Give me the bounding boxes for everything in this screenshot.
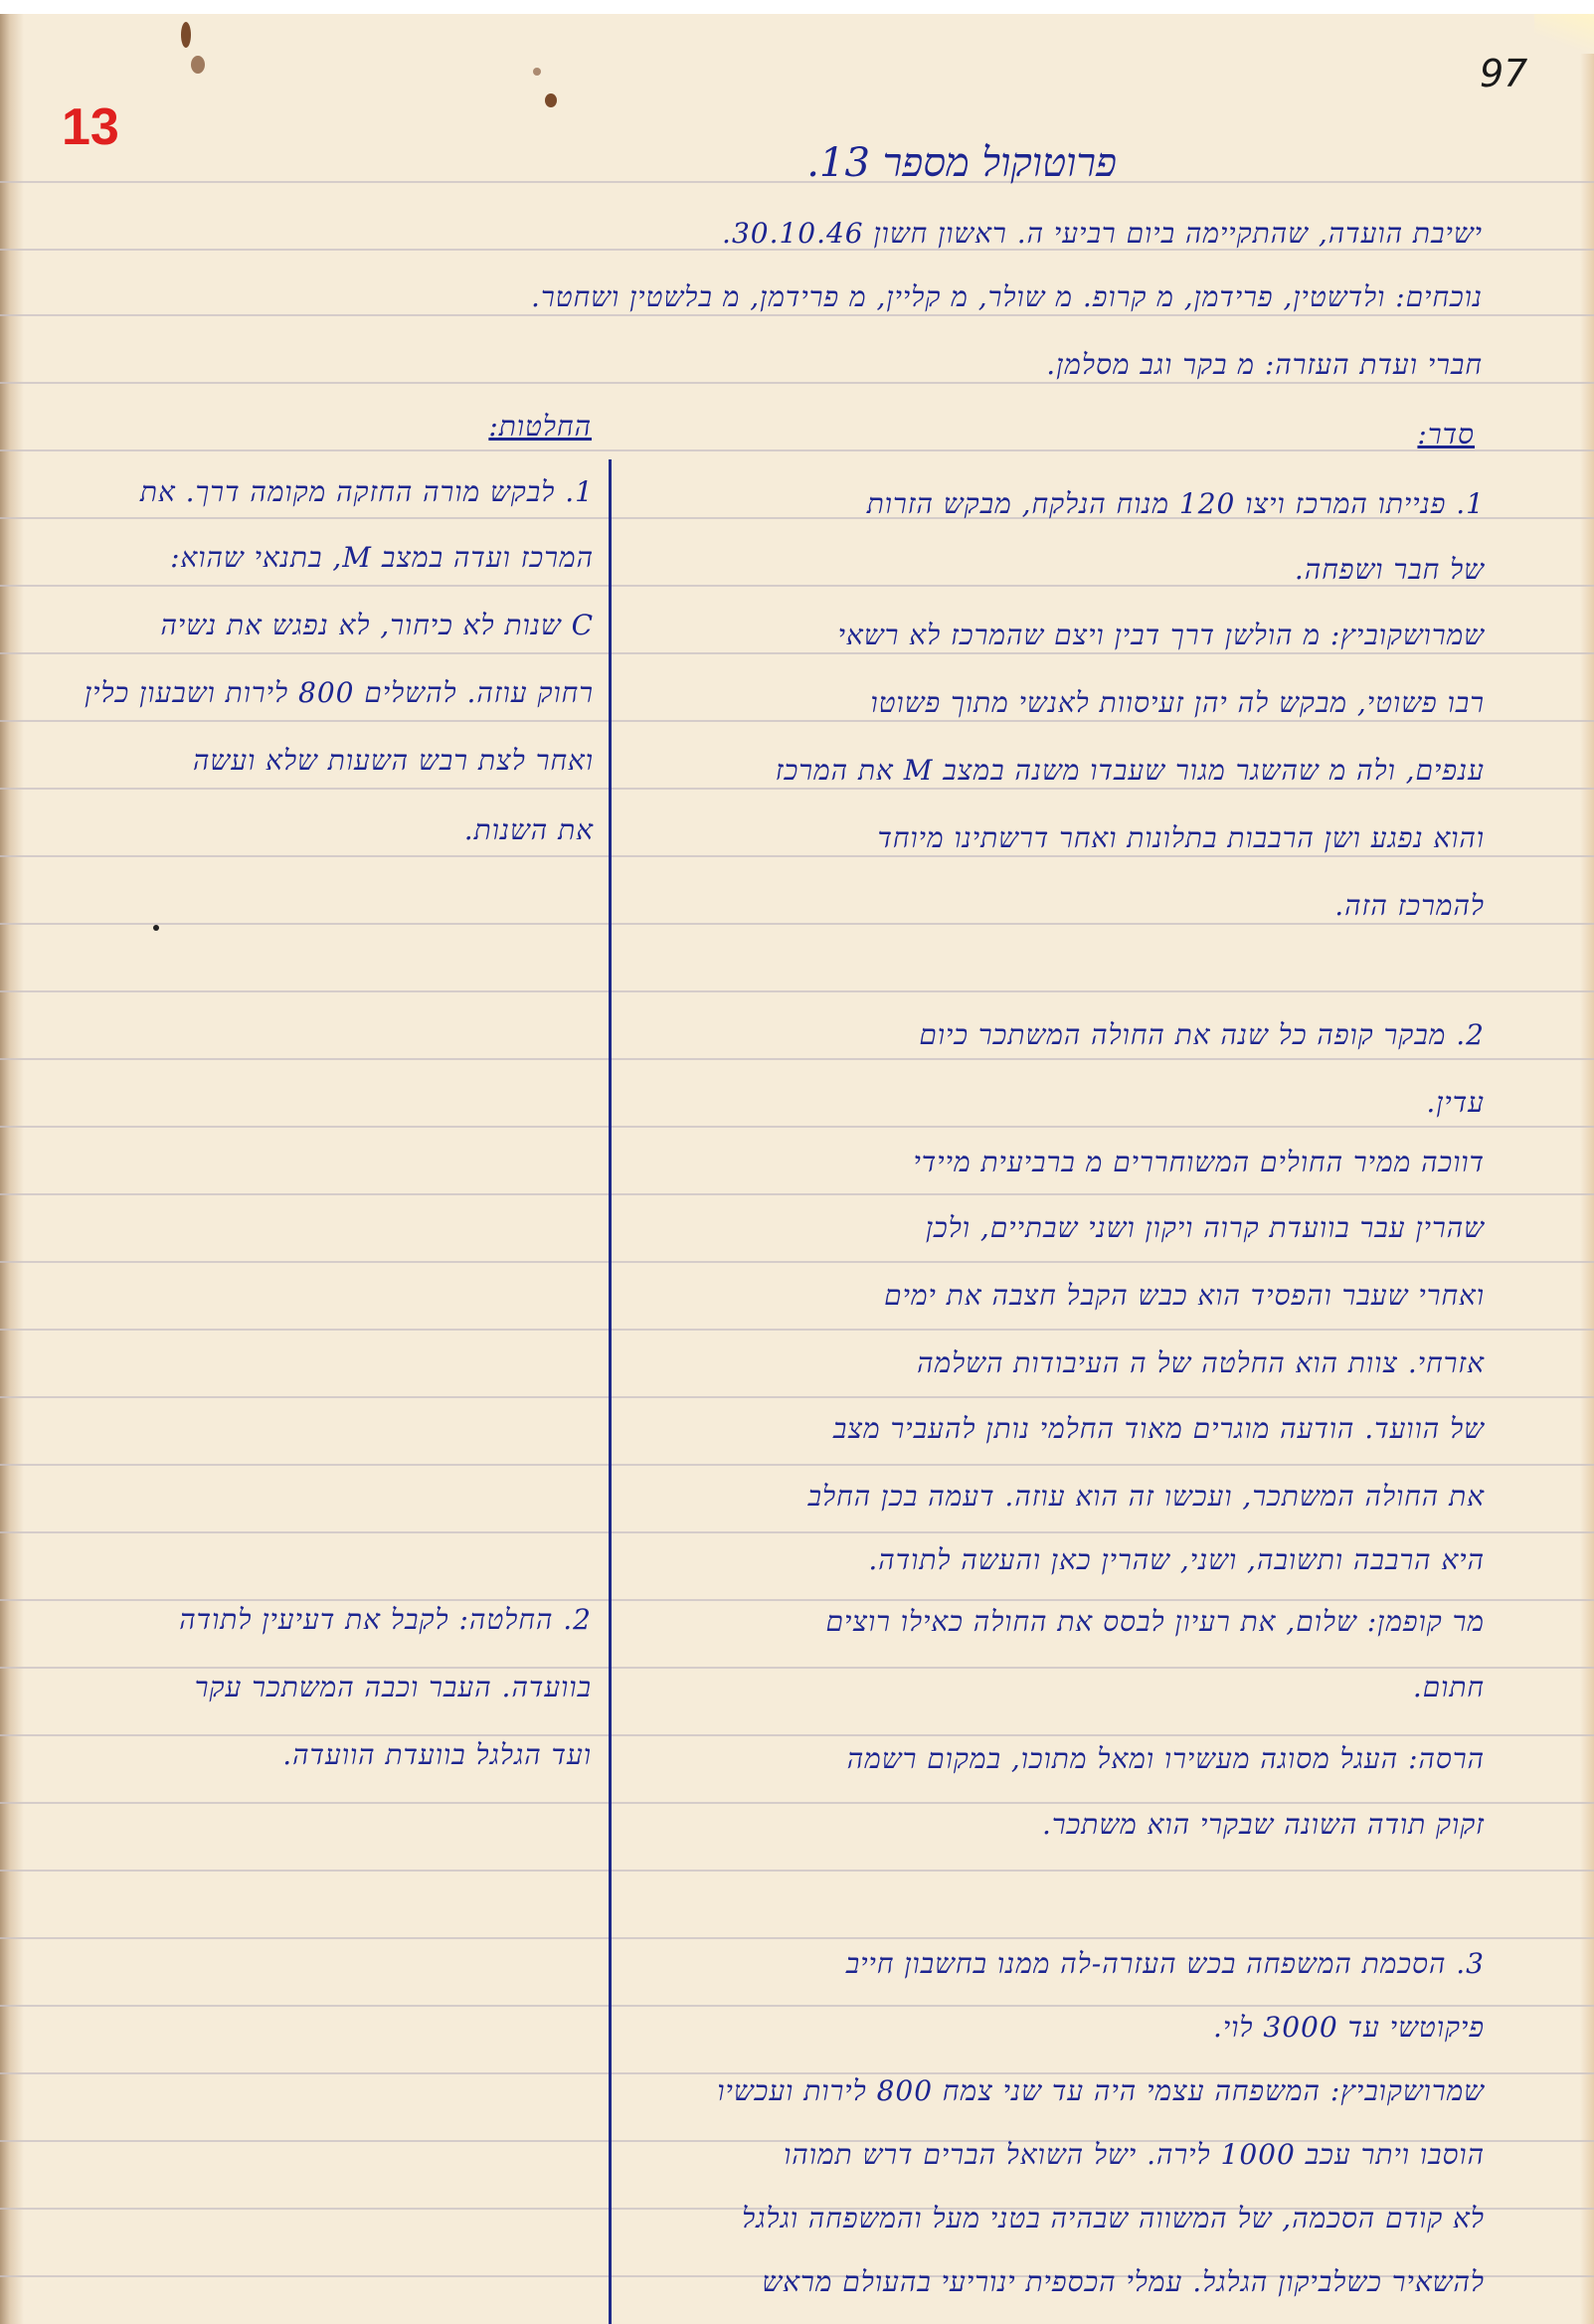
ruled-line xyxy=(0,788,1594,790)
ruled-line xyxy=(0,1531,1594,1533)
decision-1-line: 1. לבקש מורה החזקה מקומה דרך. את xyxy=(140,475,594,509)
ruled-line xyxy=(0,1734,1594,1736)
ruled-line xyxy=(0,1261,1594,1263)
ruled-line xyxy=(0,720,1594,722)
item-2-line: מר קופמן: שלום, את רעיון לבסס את החולה כ… xyxy=(826,1605,1486,1639)
item-1-line: להמרכז הזה. xyxy=(1334,889,1485,923)
archive-number: 13 xyxy=(62,97,119,157)
ruled-line xyxy=(0,1058,1594,1060)
ruled-line xyxy=(0,1599,1594,1601)
item-2-line: אזרחי. צוות הוא החלטה של ה העיבודות השלמ… xyxy=(917,1346,1485,1380)
item-1-line: ענפים, ולה מ שהשגר מגור שעבדו משנה במצב … xyxy=(776,754,1485,788)
item-1-line: 1. פנייתו המרכז ויצו 120 מנוח הנלקח, מבק… xyxy=(867,487,1485,521)
item-2-line: היא הרבבה ותשובה, ושני, שהרין כאן והעשה … xyxy=(868,1543,1485,1577)
item-2-line: 2. מבקר קופה כל שנה את החולה המשתכר כיום xyxy=(919,1018,1485,1052)
decision-1-line: את השנות. xyxy=(464,813,594,847)
item-2-line: ואחרי שעבר והפסיד הוא כבש הקבל חצבה את י… xyxy=(884,1279,1485,1313)
ruled-line xyxy=(0,1802,1594,1804)
item-3-line: להשאיר כשלביקון הגלגל. עמלי הכספית ינורי… xyxy=(762,2265,1485,2299)
item-3-line: שמרושקוביץ: המשפחה עצמי היה עד שני צמח 8… xyxy=(717,2074,1485,2108)
ruled-line xyxy=(0,449,1594,451)
item-1-line: והוא נפגע ושן הרבבות בתלונות ואחר דרשתינ… xyxy=(877,821,1485,855)
ruled-line xyxy=(0,1193,1594,1195)
ruled-line xyxy=(0,855,1594,857)
meeting-line: ישיבת הועדה, שהתקיימה ביום רביעי ה. ראשו… xyxy=(722,217,1483,251)
ruled-line xyxy=(0,382,1594,384)
item-2-line: הרסה: העגל מסוגה מעשירו ומאל מתוכו, במקו… xyxy=(847,1742,1485,1776)
ink-stain xyxy=(533,68,541,76)
column-divider xyxy=(609,459,612,2324)
ruled-line xyxy=(0,314,1594,316)
item-2-line: של הוועד. הודעה מוגרים מאוד החלמי נותן ל… xyxy=(833,1412,1485,1446)
decision-1-line: המרכז ועדה במצב M, בתנאי שהוא: xyxy=(170,541,594,575)
ruled-line xyxy=(0,1126,1594,1128)
item-3-line: לא קודם הסכמה, של המשווה שבהיה בטני מעל … xyxy=(742,2202,1485,2235)
item-2-line: זקוק תודה השונה שבקרי הוא משתכר. xyxy=(1042,1808,1485,1842)
page-number: 97 xyxy=(1480,52,1527,95)
item-3-line: 3. הסכמת המשפחה בכש העזרה-לה ממנו בחשבון… xyxy=(846,1947,1485,1981)
committee-line: חברי ועדת העזרה: מ בקר וגב מסלמן. xyxy=(1046,348,1483,382)
item-3-line: פיקוטשי עד 3000 לוי. xyxy=(1213,2011,1485,2045)
decision-1-line: רחוק עוזה. להשלים 800 לירות ושבעון כלין xyxy=(85,676,594,710)
ink-stain xyxy=(181,22,191,48)
item-1-line: שמרושקוביץ: מ הולשן דרך דבין ויצם שהמרכז… xyxy=(838,619,1485,652)
ruled-line xyxy=(0,1937,1594,1939)
ruled-line xyxy=(0,1667,1594,1669)
decisions-heading: החלטות: xyxy=(488,410,592,444)
decision-2-line: בוועדה. העבר וכבה המשתכר עקר xyxy=(195,1671,592,1704)
ruled-line xyxy=(0,1329,1594,1331)
ink-stain xyxy=(191,56,205,74)
item-1-line: רבו פשוטי, מבקש לה יהן זעיסוות לאנשי מתו… xyxy=(870,686,1485,720)
ruled-line xyxy=(0,1870,1594,1872)
ruled-line xyxy=(0,923,1594,925)
protocol-title: פרוטוקול מספר 13. xyxy=(806,139,1117,186)
item-1-line: של חבר ושפחה. xyxy=(1295,553,1485,587)
ruled-line xyxy=(0,2005,1594,2007)
ruled-line xyxy=(0,1464,1594,1466)
attendees-line: נוכחים: ולדשטין, פרידמן, מ קרופ. מ שולר,… xyxy=(531,280,1483,314)
agenda-heading: סדר: xyxy=(1417,418,1475,451)
ruled-line xyxy=(0,652,1594,654)
ruled-line xyxy=(0,1396,1594,1398)
item-2-line: חתום. xyxy=(1413,1671,1485,1704)
item-3-line: הוסבו ויתר עכב 1000 לירה. ישל השואל הברי… xyxy=(784,2138,1485,2172)
ink-stain xyxy=(545,93,557,107)
folded-corner xyxy=(1534,14,1594,54)
decision-1-line: C שנות לא כיחור, לא נפגש את נשיה xyxy=(160,609,594,642)
ruled-line xyxy=(0,990,1594,992)
decision-2-line: 2. החלטה: לקבל את דעיעין לתודה xyxy=(179,1603,592,1637)
ruled-line xyxy=(0,181,1594,183)
decision-1-line: ואחר לצת רבש השעות שלא ועשה xyxy=(193,744,594,778)
decision-2-line: ועד הגלגל בוועדת הוועדה. xyxy=(282,1738,592,1772)
item-2-line: את החולה המשתכר, ועכשו זה הוא עוזה. דעמה… xyxy=(808,1480,1485,1514)
item-2-line: עדין. xyxy=(1426,1086,1485,1120)
item-2-line: שהרין עבר בוועדת קרוה ויקון ושני שבתיים,… xyxy=(926,1211,1485,1245)
item-2-line: דווכה ממיר החולים המשוחררים מ ברביעית מי… xyxy=(913,1146,1485,1179)
ink-dot xyxy=(153,925,159,931)
